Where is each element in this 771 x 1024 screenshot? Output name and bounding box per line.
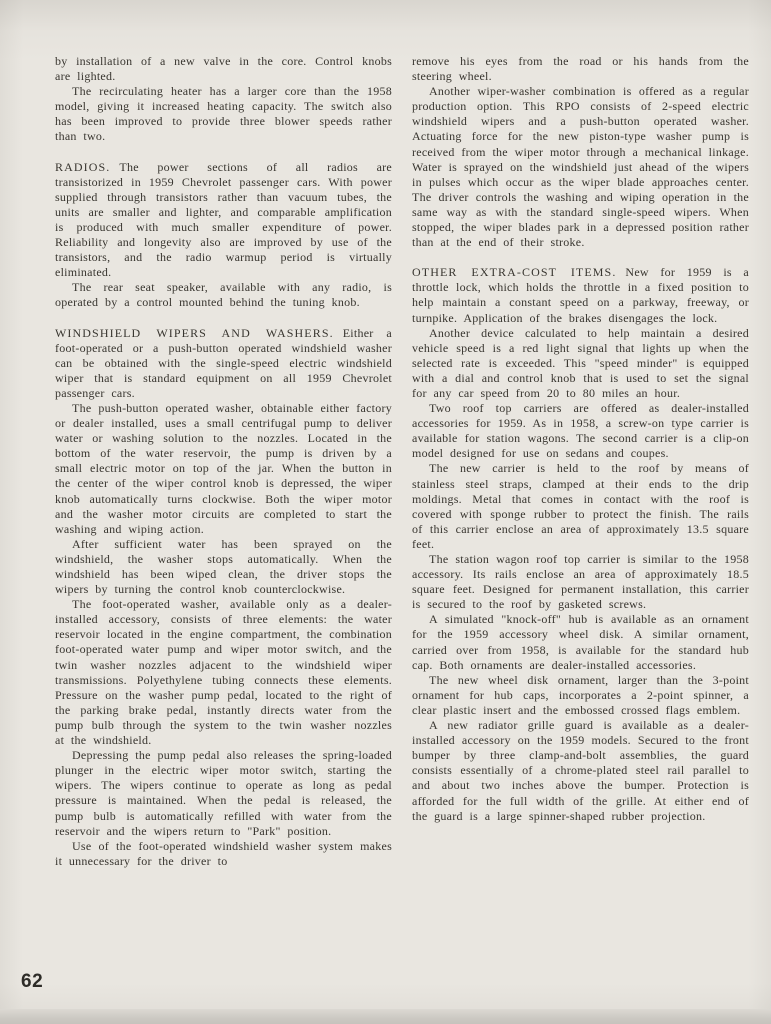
paragraph: by installation of a new valve in the co… [55,54,392,84]
paragraph: The foot-operated washer, available only… [55,597,392,748]
paragraph: WINDSHIELD WIPERS AND WASHERS.Either a f… [55,326,392,401]
paragraph: OTHER EXTRA-COST ITEMS.New for 1959 is a… [412,265,749,325]
paragraph-text: The new wheel disk ornament, larger than… [412,673,749,717]
paragraph-text: Depressing the pump pedal also releases … [55,748,392,837]
paragraph: Another device calculated to help mainta… [412,326,749,401]
paragraph-text: The new carrier is held to the roof by m… [412,461,749,550]
paragraph-text: Another device calculated to help mainta… [412,326,749,400]
page-bottom-shadow [0,1009,771,1024]
section-heading: OTHER EXTRA-COST ITEMS. [412,265,616,279]
paragraph: The rear seat speaker, available with an… [55,280,392,310]
paragraph-text: Another wiper-washer combination is offe… [412,84,749,249]
paragraph-text: A new radiator grille guard is available… [412,718,749,823]
document-page: by installation of a new valve in the co… [0,0,771,1024]
paragraph: A new radiator grille guard is available… [412,718,749,824]
paragraph: Use of the foot-operated windshield wash… [55,839,392,869]
paragraph-text: Two roof top carriers are offered as dea… [412,401,749,460]
paragraph-text: The recirculating heater has a larger co… [55,84,392,143]
page-number: 62 [21,971,43,993]
paragraph: The recirculating heater has a larger co… [55,84,392,144]
paragraph-text: The foot-operated washer, available only… [55,597,392,747]
paragraph: Depressing the pump pedal also releases … [55,748,392,839]
paragraph: remove his eyes from the road or his han… [412,54,749,84]
paragraph: The new carrier is held to the roof by m… [412,461,749,552]
paragraph-text: The push-button operated washer, obtaina… [55,401,392,536]
paragraph-text: After sufficient water has been sprayed … [55,537,392,596]
section-heading: RADIOS. [55,160,110,174]
paragraph: Another wiper-washer combination is offe… [412,84,749,250]
paragraph: After sufficient water has been sprayed … [55,537,392,597]
paragraph-text: The power sections of all radios are tra… [55,160,392,280]
paragraph: RADIOS.The power sections of all radios … [55,160,392,281]
paragraph-text: The rear seat speaker, available with an… [55,280,392,309]
paragraph-text: remove his eyes from the road or his han… [412,54,749,83]
paragraph-text: A simulated "knock-off" hub is available… [412,612,749,671]
paragraph-text: by installation of a new valve in the co… [55,54,392,83]
paragraph: Two roof top carriers are offered as dea… [412,401,749,461]
paragraph: The new wheel disk ornament, larger than… [412,673,749,718]
paragraph: The push-button operated washer, obtaina… [55,401,392,537]
paragraph-text: The station wagon roof top carrier is si… [412,552,749,611]
paragraph: A simulated "knock-off" hub is available… [412,612,749,672]
left-column: by installation of a new valve in the co… [55,54,392,994]
section-heading: WINDSHIELD WIPERS AND WASHERS. [55,326,334,340]
page-content: by installation of a new valve in the co… [55,54,749,994]
right-column: remove his eyes from the road or his han… [412,54,749,994]
paragraph: The station wagon roof top carrier is si… [412,552,749,612]
paragraph-text: Use of the foot-operated windshield wash… [55,839,392,868]
